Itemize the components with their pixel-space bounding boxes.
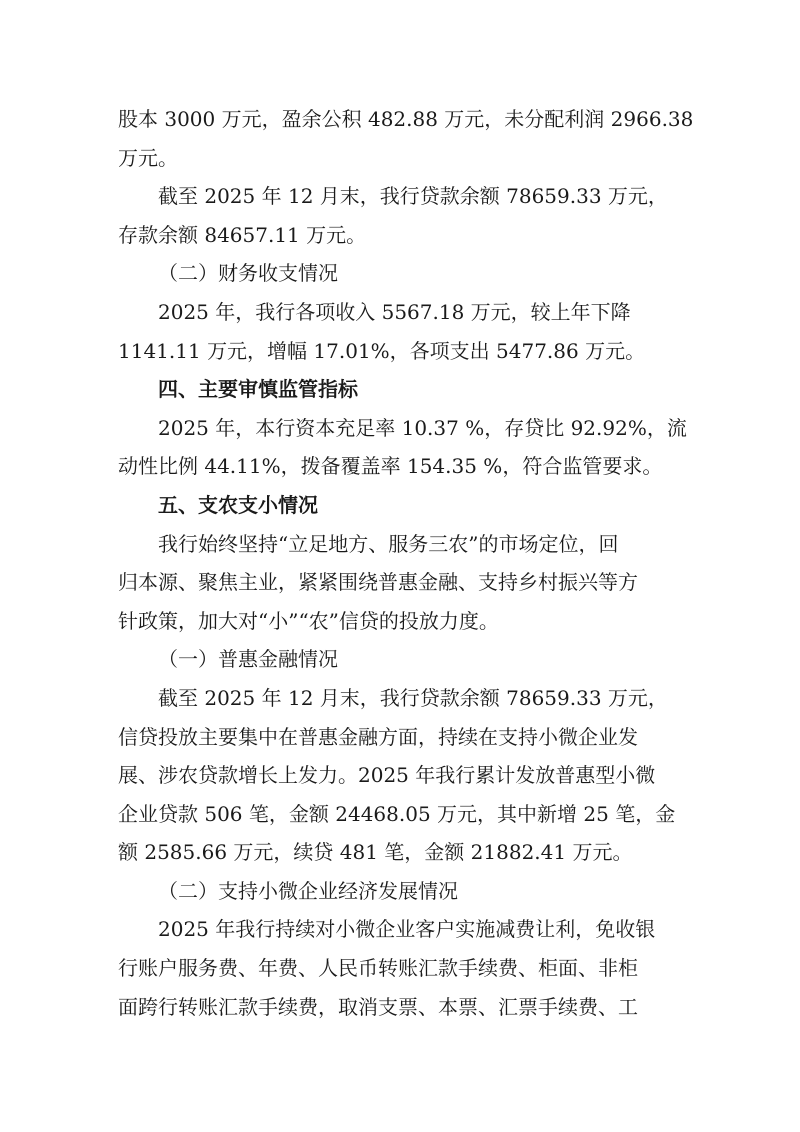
section-heading-agri-small: 五、支农支小情况: [118, 486, 684, 525]
text-line: 存款余额 84657.11 万元。: [118, 216, 684, 255]
paragraph-equity: 股本 3000 万元，盈余公积 482.88 万元，未分配利润 2966.38 …: [118, 100, 684, 177]
text-line: 万元。: [118, 139, 684, 178]
document-page: 股本 3000 万元，盈余公积 482.88 万元，未分配利润 2966.38 …: [118, 100, 684, 1026]
text-line: 2025 年，本行资本充足率 10.37 %，存贷比 92.92%，流: [118, 409, 684, 448]
paragraph-fee-reduction: 2025 年我行持续对小微企业客户实施减费让利，免收银 行账户服务费、年费、人民…: [118, 910, 684, 1026]
text-line: 面跨行转账汇款手续费，取消支票、本票、汇票手续费、工: [118, 988, 684, 1027]
section-heading-indicators: 四、主要审慎监管指标: [118, 370, 684, 409]
section-heading-inclusive: （一）普惠金融情况: [118, 640, 684, 679]
text-line: 企业贷款 506 笔，金额 24468.05 万元，其中新增 25 笔，金: [118, 795, 684, 834]
paragraph-balances: 截至 2025 年 12 月末，我行贷款余额 78659.33 万元， 存款余额…: [118, 177, 684, 254]
text-line: 针政策，加大对“小”“农”信贷的投放力度。: [118, 602, 684, 641]
text-line: 行账户服务费、年费、人民币转账汇款手续费、柜面、非柜: [118, 949, 684, 988]
section-heading-small-micro: （二）支持小微企业经济发展情况: [118, 872, 684, 911]
text-line: 展、涉农贷款增长上发力。2025 年我行累计发放普惠型小微: [118, 756, 684, 795]
section-heading-finance: （二）财务收支情况: [118, 254, 684, 293]
text-line: 1141.11 万元，增幅 17.01%，各项支出 5477.86 万元。: [118, 332, 684, 371]
text-line: 我行始终坚持“立足地方、服务三农”的市场定位，回: [118, 525, 684, 564]
text-line: 2025 年我行持续对小微企业客户实施减费让利，免收银: [118, 910, 684, 949]
text-line: 2025 年，我行各项收入 5567.18 万元，较上年下降: [118, 293, 684, 332]
paragraph-positioning: 我行始终坚持“立足地方、服务三农”的市场定位，回 归本源、聚焦主业，紧紧围绕普惠…: [118, 525, 684, 641]
text-line: 截至 2025 年 12 月末，我行贷款余额 78659.33 万元，: [118, 679, 684, 718]
text-line: 归本源、聚焦主业，紧紧围绕普惠金融、支持乡村振兴等方: [118, 563, 684, 602]
text-line: 动性比例 44.11%，拨备覆盖率 154.35 %，符合监管要求。: [118, 447, 684, 486]
text-line: 股本 3000 万元，盈余公积 482.88 万元，未分配利润 2966.38: [118, 100, 684, 139]
text-line: 额 2585.66 万元，续贷 481 笔，金额 21882.41 万元。: [118, 833, 684, 872]
text-line: 截至 2025 年 12 月末，我行贷款余额 78659.33 万元，: [118, 177, 684, 216]
text-line: 信贷投放主要集中在普惠金融方面，持续在支持小微企业发: [118, 718, 684, 757]
paragraph-income: 2025 年，我行各项收入 5567.18 万元，较上年下降 1141.11 万…: [118, 293, 684, 370]
paragraph-inclusive: 截至 2025 年 12 月末，我行贷款余额 78659.33 万元， 信贷投放…: [118, 679, 684, 872]
paragraph-indicators: 2025 年，本行资本充足率 10.37 %，存贷比 92.92%，流 动性比例…: [118, 409, 684, 486]
